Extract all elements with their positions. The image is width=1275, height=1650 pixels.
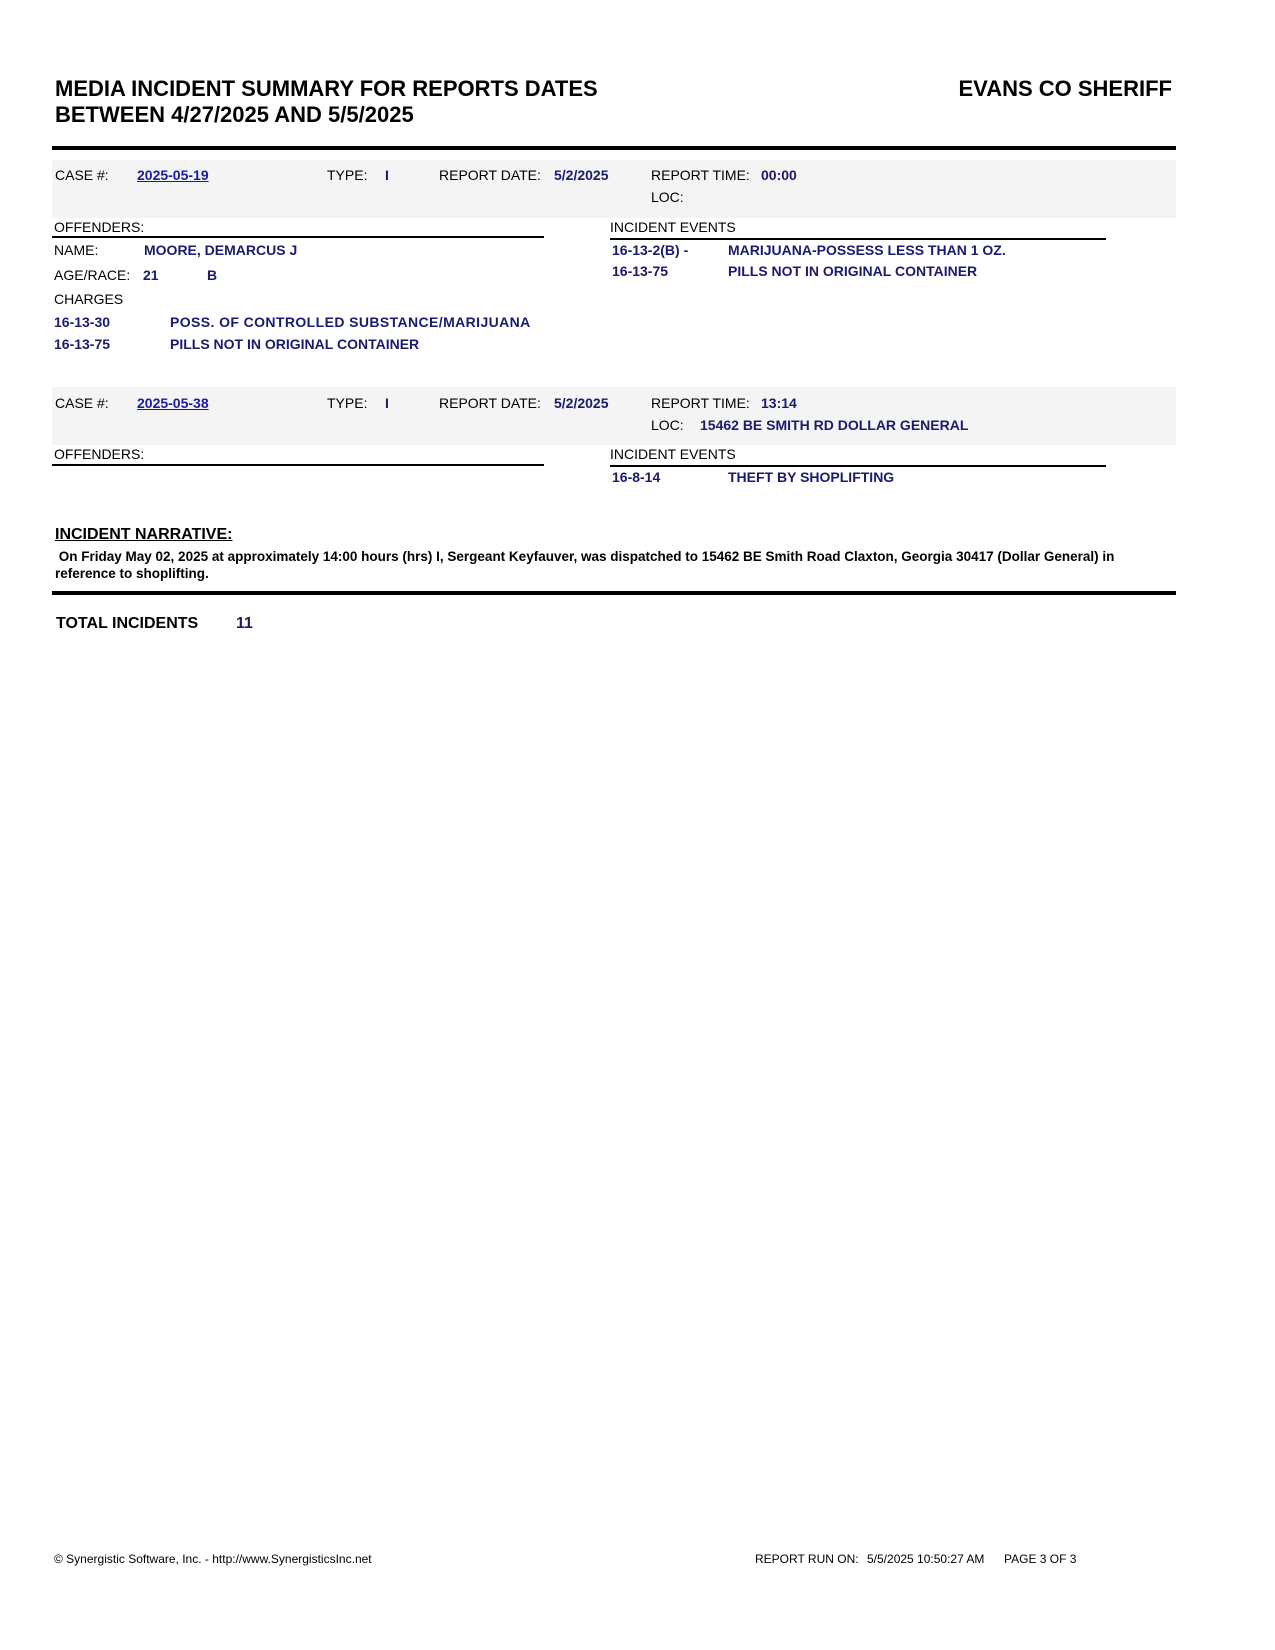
narrative-heading: INCIDENT NARRATIVE: xyxy=(55,526,232,544)
report-title-line2: BETWEEN 4/27/2025 AND 5/5/2025 xyxy=(55,102,598,128)
report-date-value: 5/2/2025 xyxy=(554,394,609,412)
report-title-line1: MEDIA INCIDENT SUMMARY FOR REPORTS DATES xyxy=(55,76,598,102)
incident-events-label: INCIDENT EVENTS xyxy=(610,218,736,236)
report-time-label: REPORT TIME: xyxy=(651,394,750,412)
footer-copyright: © Synergistic Software, Inc. - http://ww… xyxy=(54,1552,372,1566)
header-divider xyxy=(52,146,1176,150)
offender-age-value: 21 xyxy=(143,266,159,284)
footer-run-on-value: 5/5/2025 10:50:27 AM xyxy=(867,1552,984,1566)
event-description: MARIJUANA-POSSESS LESS THAN 1 OZ. xyxy=(728,241,1006,259)
charge-code: 16-13-30 xyxy=(54,313,110,331)
type-label: TYPE: xyxy=(327,166,367,184)
offender-name-label: NAME: xyxy=(54,241,98,259)
total-incidents-label: TOTAL INCIDENTS xyxy=(56,615,198,633)
case-number-label: CASE #: xyxy=(55,166,109,184)
case-header-band xyxy=(52,160,1176,218)
offenders-label: OFFENDERS: xyxy=(54,445,144,463)
report-date-value: 5/2/2025 xyxy=(554,166,609,184)
incident-events-divider xyxy=(610,238,1106,240)
charge-code: 16-13-75 xyxy=(54,335,110,353)
offender-race-value: B xyxy=(207,266,217,284)
charge-description: POSS. OF CONTROLLED SUBSTANCE/MARIJUANA xyxy=(170,313,531,331)
loc-label: LOC: xyxy=(651,416,684,434)
incident-events-label: INCIDENT EVENTS xyxy=(610,445,736,463)
offenders-divider xyxy=(52,464,544,466)
loc-value: 15462 BE SMITH RD DOLLAR GENERAL xyxy=(700,416,968,434)
charge-description: PILLS NOT IN ORIGINAL CONTAINER xyxy=(170,335,419,353)
event-description: THEFT BY SHOPLIFTING xyxy=(728,468,894,486)
footer-page-number: PAGE 3 OF 3 xyxy=(1004,1552,1076,1566)
agency-name: EVANS CO SHERIFF xyxy=(958,76,1172,102)
narrative-text-content: On Friday May 02, 2025 at approximately … xyxy=(55,549,1114,581)
report-time-value: 00:00 xyxy=(761,166,797,184)
type-value: I xyxy=(385,166,389,184)
offender-name-value: MOORE, DEMARCUS J xyxy=(144,241,297,259)
report-title: MEDIA INCIDENT SUMMARY FOR REPORTS DATES… xyxy=(55,76,598,128)
report-date-label: REPORT DATE: xyxy=(439,166,541,184)
event-code: 16-8-14 xyxy=(612,468,660,486)
total-incidents-value: 11 xyxy=(236,615,253,633)
case-header-band xyxy=(52,387,1176,445)
report-time-value: 13:14 xyxy=(761,394,797,412)
offenders-divider xyxy=(52,236,544,238)
case-number-label: CASE #: xyxy=(55,394,109,412)
event-code: 16-13-2(B) - xyxy=(612,241,688,259)
loc-label: LOC: xyxy=(651,188,684,206)
footer-run-on-label: REPORT RUN ON: xyxy=(755,1552,859,1566)
charges-label: CHARGES xyxy=(54,290,123,308)
event-code: 16-13-75 xyxy=(612,262,668,280)
totals-divider xyxy=(52,591,1176,595)
case-number-link[interactable]: 2025-05-19 xyxy=(137,166,209,184)
type-value: I xyxy=(385,394,389,412)
type-label: TYPE: xyxy=(327,394,367,412)
age-race-label: AGE/RACE: xyxy=(54,266,130,284)
report-date-label: REPORT DATE: xyxy=(439,394,541,412)
case-number-link[interactable]: 2025-05-38 xyxy=(137,394,209,412)
narrative-text: On Friday May 02, 2025 at approximately … xyxy=(55,548,1135,582)
offenders-label: OFFENDERS: xyxy=(54,218,144,236)
report-time-label: REPORT TIME: xyxy=(651,166,750,184)
incident-events-divider xyxy=(610,465,1106,467)
event-description: PILLS NOT IN ORIGINAL CONTAINER xyxy=(728,262,977,280)
